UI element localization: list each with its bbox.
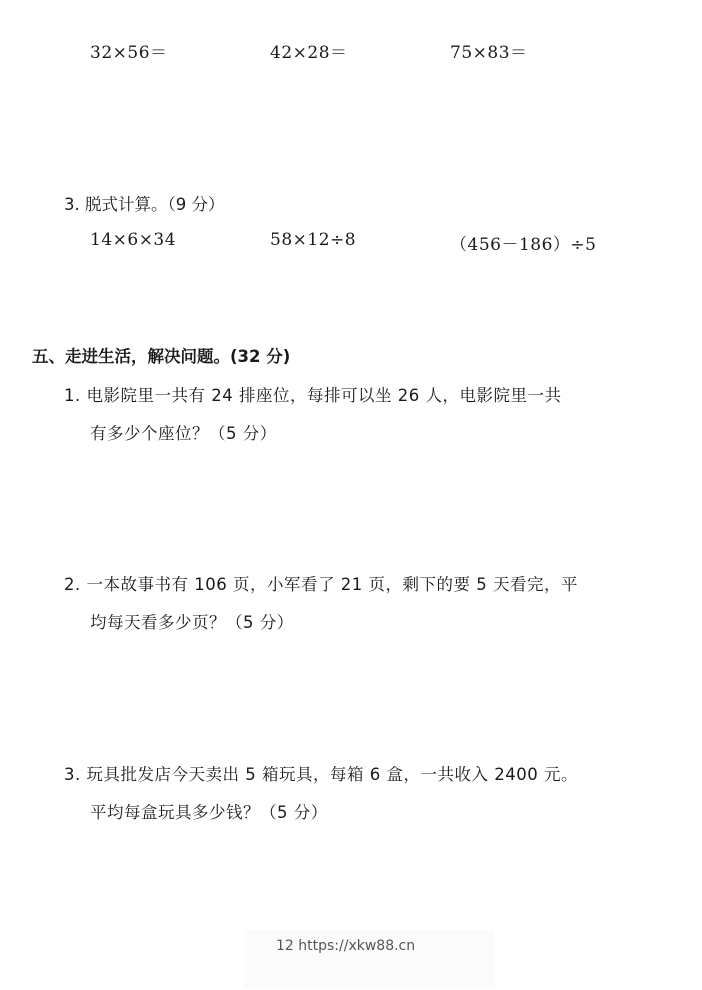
expression-1: 32×56＝ [90, 38, 168, 63]
question-line: 1. 电影院里一共有 24 排座位，每排可以坐 26 人，电影院里一共 [64, 382, 561, 406]
question-line: 3. 玩具批发店今天卖出 5 箱玩具，每箱 6 盒，一共收入 2400 元。 [64, 761, 578, 785]
section5-title: 五、走进生活，解决问题。(32 分) [32, 343, 290, 367]
question-line: 平均每盒玩具多少钱？（5 分） [90, 799, 328, 823]
stepwise-expression-1: 14×6×34 [90, 230, 176, 250]
expression-3: 75×83＝ [450, 38, 528, 63]
question-line: 有多少个座位？（5 分） [90, 420, 277, 444]
part3-title: 3. 脱式计算。（9 分） [64, 191, 224, 215]
question-line: 均每天看多少页？（5 分） [90, 609, 294, 633]
stepwise-expression-3: （456－186）÷5 [450, 230, 596, 255]
stepwise-expression-2: 58×12÷8 [270, 230, 356, 250]
expression-2: 42×28＝ [270, 38, 348, 63]
question-line: 2. 一本故事书有 106 页，小军看了 21 页，剩下的要 5 天看完，平 [64, 571, 578, 595]
page-footer: 12 https://xkw88.cn [276, 938, 415, 954]
